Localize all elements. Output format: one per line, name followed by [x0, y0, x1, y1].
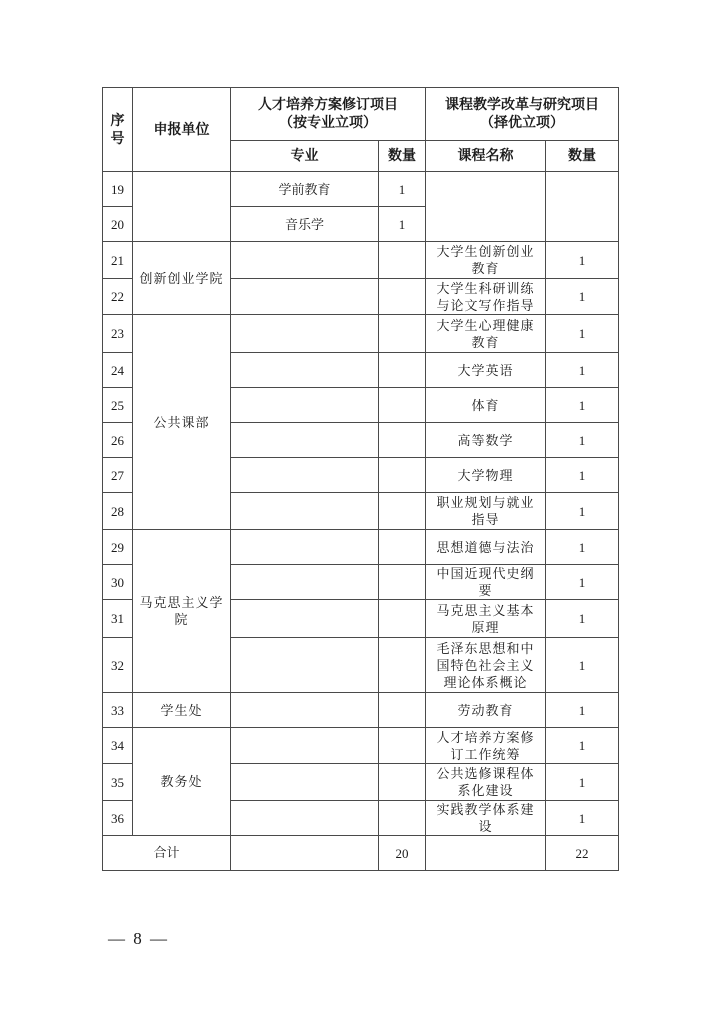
cell-major: [231, 530, 379, 565]
total-course-count: 22: [546, 836, 619, 871]
cell-major: [231, 423, 379, 458]
cell-course: 实践教学体系建设: [426, 801, 546, 836]
cell-course-count: 1: [546, 458, 619, 493]
cell-seq: 30: [103, 565, 133, 600]
header-course-name: 课程名称: [426, 141, 546, 172]
cell-major: [231, 693, 379, 728]
cell-seq: 28: [103, 493, 133, 530]
cell-major: [231, 638, 379, 693]
cell-course: 大学生心理健康教育: [426, 315, 546, 353]
cell-major-count: [379, 530, 426, 565]
cell-seq: 24: [103, 353, 133, 388]
cell-major-count: [379, 458, 426, 493]
cell-major: [231, 801, 379, 836]
cell-major-count: [379, 638, 426, 693]
cell-seq: 31: [103, 600, 133, 638]
cell-course-count: 1: [546, 565, 619, 600]
cell-major-count: [379, 388, 426, 423]
header-seq: 序号: [103, 88, 133, 172]
cell-course-count: 1: [546, 423, 619, 458]
cell-major: [231, 279, 379, 315]
cell-major-count: [379, 279, 426, 315]
cell-course-count: 1: [546, 693, 619, 728]
cell-major: [231, 315, 379, 353]
cell-course-count: 1: [546, 801, 619, 836]
cell-course: 马克思主义基本原理: [426, 600, 546, 638]
total-course-empty: [426, 836, 546, 871]
table-row: 19 学前教育 1: [103, 172, 619, 207]
header-talent-plan-title: 人才培养方案修订项目: [235, 96, 421, 114]
cell-unit: [133, 172, 231, 242]
cell-major-count: [379, 693, 426, 728]
cell-unit: 公共课部: [133, 315, 231, 530]
cell-major: 音乐学: [231, 207, 379, 242]
cell-course-count: 1: [546, 764, 619, 801]
cell-course: 职业规划与就业指导: [426, 493, 546, 530]
cell-course-count: 1: [546, 388, 619, 423]
cell-major-count: 1: [379, 207, 426, 242]
cell-unit: 学生处: [133, 693, 231, 728]
header-major-count: 数量: [379, 141, 426, 172]
cell-major-count: [379, 493, 426, 530]
cell-course-count: [546, 172, 619, 242]
cell-course-count: 1: [546, 279, 619, 315]
header-talent-plan-group: 人才培养方案修订项目 （按专业立项）: [231, 88, 426, 141]
cell-major-count: [379, 315, 426, 353]
cell-major: [231, 353, 379, 388]
cell-major: [231, 764, 379, 801]
cell-major: [231, 600, 379, 638]
cell-unit: 创新创业学院: [133, 242, 231, 315]
total-label: 合计: [103, 836, 231, 871]
header-course-count: 数量: [546, 141, 619, 172]
cell-major: [231, 493, 379, 530]
cell-course-count: 1: [546, 353, 619, 388]
total-row: 合计 20 22: [103, 836, 619, 871]
cell-course: 中国近现代史纲要: [426, 565, 546, 600]
cell-unit: 马克思主义学院: [133, 530, 231, 693]
cell-course-count: 1: [546, 728, 619, 764]
cell-course: 大学生创新创业教育: [426, 242, 546, 279]
cell-major: [231, 565, 379, 600]
header-course-reform-subtitle: （择优立项）: [430, 114, 614, 132]
cell-seq: 19: [103, 172, 133, 207]
cell-course: 毛泽东思想和中国特色社会主义理论体系概论: [426, 638, 546, 693]
cell-major-count: [379, 423, 426, 458]
cell-major-count: [379, 764, 426, 801]
cell-major-count: [379, 353, 426, 388]
cell-course: 体育: [426, 388, 546, 423]
cell-major-count: [379, 801, 426, 836]
cell-course: 高等数学: [426, 423, 546, 458]
cell-course-count: 1: [546, 638, 619, 693]
project-table: 序号 申报单位 人才培养方案修订项目 （按专业立项） 课程教学改革与研究项目 （…: [102, 87, 619, 871]
page-number: — 8 —: [108, 929, 169, 949]
cell-seq: 29: [103, 530, 133, 565]
cell-seq: 22: [103, 279, 133, 315]
table-row: 33 学生处 劳动教育 1: [103, 693, 619, 728]
cell-seq: 34: [103, 728, 133, 764]
cell-course-count: 1: [546, 530, 619, 565]
cell-major: [231, 728, 379, 764]
cell-seq: 35: [103, 764, 133, 801]
header-major: 专业: [231, 141, 379, 172]
cell-course: 大学物理: [426, 458, 546, 493]
cell-course: 大学英语: [426, 353, 546, 388]
cell-course: 人才培养方案修订工作统筹: [426, 728, 546, 764]
header-course-reform-group: 课程教学改革与研究项目 （择优立项）: [426, 88, 619, 141]
cell-major: [231, 458, 379, 493]
header-talent-plan-subtitle: （按专业立项）: [235, 114, 421, 132]
total-major-count: 20: [379, 836, 426, 871]
cell-major: 学前教育: [231, 172, 379, 207]
header-course-reform-title: 课程教学改革与研究项目: [430, 96, 614, 114]
cell-major: [231, 388, 379, 423]
total-major-empty: [231, 836, 379, 871]
cell-major-count: [379, 600, 426, 638]
cell-course-count: 1: [546, 242, 619, 279]
cell-course: 大学生科研训练与论文写作指导: [426, 279, 546, 315]
header-unit: 申报单位: [133, 88, 231, 172]
cell-major-count: [379, 728, 426, 764]
cell-course: [426, 172, 546, 242]
cell-course-count: 1: [546, 315, 619, 353]
cell-course-count: 1: [546, 493, 619, 530]
cell-seq: 27: [103, 458, 133, 493]
cell-seq: 36: [103, 801, 133, 836]
cell-course: 劳动教育: [426, 693, 546, 728]
table-row: 34 教务处 人才培养方案修订工作统筹 1: [103, 728, 619, 764]
cell-seq: 23: [103, 315, 133, 353]
table-row: 21 创新创业学院 大学生创新创业教育 1: [103, 242, 619, 279]
cell-seq: 20: [103, 207, 133, 242]
cell-major-count: [379, 565, 426, 600]
cell-major: [231, 242, 379, 279]
cell-major-count: [379, 242, 426, 279]
cell-seq: 32: [103, 638, 133, 693]
cell-seq: 25: [103, 388, 133, 423]
cell-seq: 26: [103, 423, 133, 458]
table-row: 23 公共课部 大学生心理健康教育 1: [103, 315, 619, 353]
cell-major-count: 1: [379, 172, 426, 207]
cell-course: 公共选修课程体系化建设: [426, 764, 546, 801]
table-row: 29 马克思主义学院 思想道德与法治 1: [103, 530, 619, 565]
cell-seq: 21: [103, 242, 133, 279]
cell-course: 思想道德与法治: [426, 530, 546, 565]
cell-seq: 33: [103, 693, 133, 728]
cell-unit: 教务处: [133, 728, 231, 836]
cell-course-count: 1: [546, 600, 619, 638]
